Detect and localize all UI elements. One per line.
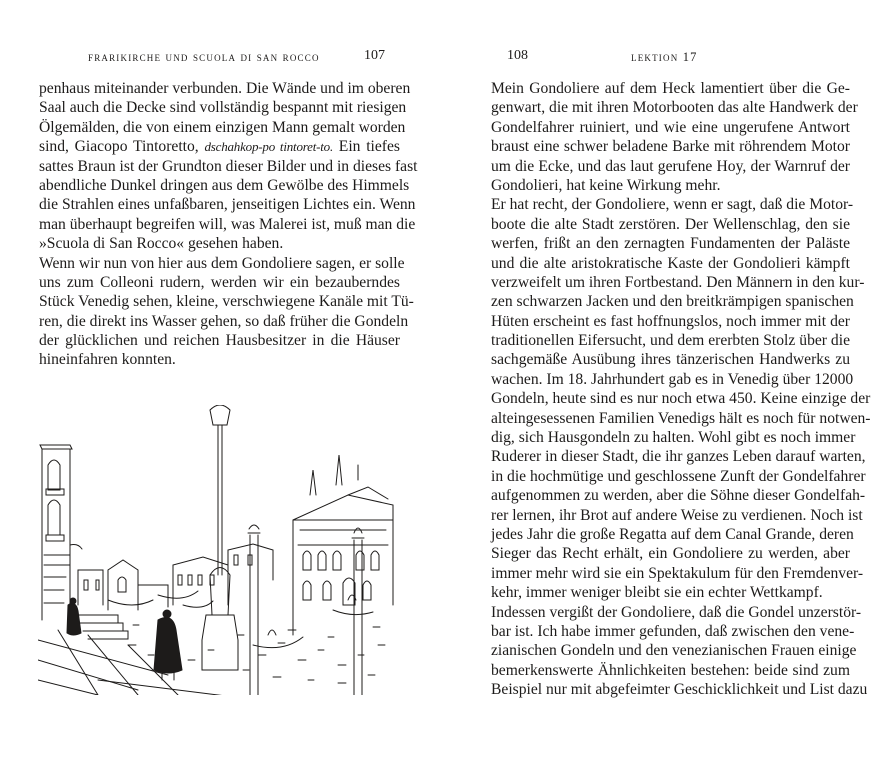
text-line: verzweifelt um ihren Fortbestand. Den Mä…	[491, 273, 850, 292]
text-line: bemerkenswerte Ähnlichkeiten bestehen: b…	[491, 661, 850, 680]
left-page: Frarikirche und Scuola di San Rocco 107 …	[0, 0, 443, 769]
text-line: penhaus miteinander verbunden. Die Wände…	[39, 79, 400, 98]
text-line: ren, die direkt ins Wasser gehen, so daß…	[39, 312, 400, 331]
text-line: rer lernen, ihr Brot auf andere Weise zu…	[491, 506, 850, 525]
text-line: jedes Jahr die große Regatta auf dem Can…	[491, 525, 850, 544]
text-line: Mein Gondoliere auf dem Heck lamentiert …	[491, 79, 850, 98]
running-head-left: Frarikirche und Scuola di San Rocco	[88, 50, 320, 65]
text-line: sachgemäße Ausübung ihres tänzerischen H…	[491, 350, 850, 369]
text-line: abendliche Dunkel dringen aus dem Gewölb…	[39, 176, 400, 195]
pronunciation-guide: dschahkop-po tintoret-to.	[204, 139, 333, 154]
text-line: immer mehr wird sie ein Spektakulum für …	[491, 564, 850, 583]
page-number-right: 108	[507, 48, 528, 64]
text-line: Wenn wir nun von hier aus dem Gondoliere…	[39, 254, 400, 273]
text-line: uns zum Colleoni rudern, werden wir ein …	[39, 273, 400, 292]
text-line: aufgenommen zu werden, aber die Söhne di…	[491, 486, 850, 505]
text-line: sattes Braun ist der Grundton dieser Bil…	[39, 157, 400, 176]
text-line: hineinfahren konnten.	[39, 350, 400, 369]
text-line: Ruderer in dieser Stadt, die ihr ganzes …	[491, 447, 850, 466]
page-number-left: 107	[364, 48, 385, 64]
right-page: 108 Lektion 17 Mein Gondoliere auf dem H…	[443, 0, 887, 769]
text-line: Beispiel nur mit abgefeimter Geschicklic…	[491, 680, 850, 699]
text-line: man überhaupt begreifen will, was Malere…	[39, 215, 400, 234]
running-head-right: Lektion 17	[631, 50, 698, 65]
text-line: braust eine schwer beladene Barke mit rö…	[491, 137, 850, 156]
text-line: zen schwarzen Jacken und den breitkrämpi…	[491, 292, 850, 311]
text-line: Hüten erscheint es fast hoffnungslos, no…	[491, 312, 850, 331]
text-line: Er hat recht, der Gondoliere, wenn er sa…	[491, 195, 850, 214]
text-line: Saal auch die Decke sind vollständig bes…	[39, 98, 400, 117]
text-line: kehr, immer weniger bleibt sie ein echte…	[491, 583, 850, 602]
text-line: alteingesessenen Familien Venedigs hält …	[491, 409, 850, 428]
text-line: und die alte aristokratische Kaste der G…	[491, 254, 850, 273]
right-page-body: Mein Gondoliere auf dem Heck lamentiert …	[491, 79, 850, 700]
text-segment: sind, Giacopo Tintoretto,	[39, 138, 204, 155]
text-line: sind, Giacopo Tintoretto, dschahkop-po t…	[39, 137, 400, 156]
text-line: der glücklichen und reichen Hausbesitzer…	[39, 331, 400, 350]
venice-canal-illustration	[38, 405, 408, 695]
text-line: um die Ecke, und das laut gerufene Hoy, …	[491, 157, 850, 176]
text-line: Stück Venedig sehen, kleine, verschwiege…	[39, 292, 400, 311]
text-line: »Scuola di San Rocco« gesehen haben.	[39, 234, 400, 253]
text-line: Gondolieri, hat keine Wirkung mehr.	[491, 176, 850, 195]
text-segment: Ein tiefes	[333, 138, 400, 155]
text-line: die Strahlen eines unfaßbaren, jenseitig…	[39, 195, 400, 214]
text-line: Gondeln, heute sind es nur noch etwa 450…	[491, 389, 850, 408]
text-line: Ölgemälden, die von einem einzigen Mann …	[39, 118, 400, 137]
text-line: genwart, die mit ihren Motorbooten das a…	[491, 98, 850, 117]
text-line: wachen. Im 18. Jahrhundert gab es in Ven…	[491, 370, 850, 389]
text-line: Gondelfahrer ruiniert, und wie eine unge…	[491, 118, 850, 137]
text-line: dig, sich Hausgondeln zu halten. Wohl gi…	[491, 428, 850, 447]
text-line: in die hochmütige und geschlossene Zunft…	[491, 467, 850, 486]
text-line: werfen, frißt an den zernagten Fundament…	[491, 234, 850, 253]
text-line: traditionellen Eifersucht, und dem ererb…	[491, 331, 850, 350]
text-line: zianischen Gondeln und den venezianische…	[491, 641, 850, 660]
left-page-body: penhaus miteinander verbunden. Die Wände…	[39, 79, 400, 370]
text-line: Indessen vergißt der Gondoliere, daß die…	[491, 603, 850, 622]
text-line: Sieger das Recht erhält, ein Gondoliere …	[491, 544, 850, 563]
text-line: boote die alte Stadt zerstören. Der Well…	[491, 215, 850, 234]
text-line: bar ist. Ich habe immer gefunden, daß zw…	[491, 622, 850, 641]
